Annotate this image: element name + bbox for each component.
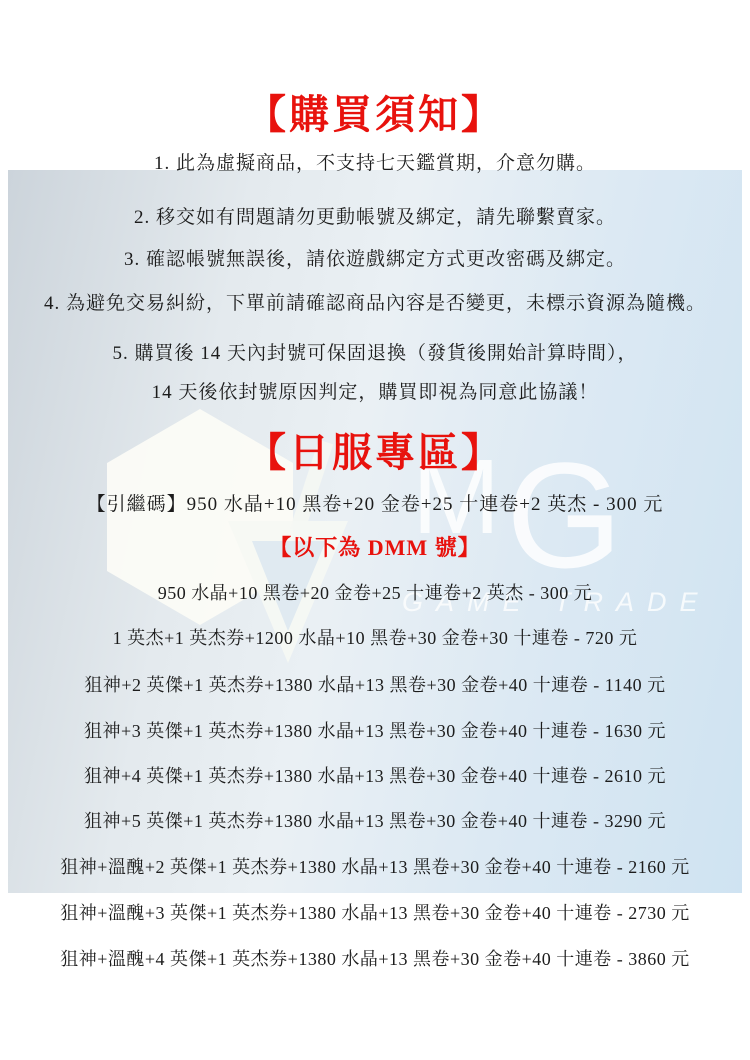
notice-item-1: 1. 此為虛擬商品，不支持七天鑑賞期，介意勿購。 <box>0 148 750 175</box>
product-line-7: 狙神+溫醜+2 英傑+1 英杰券+1380 水晶+13 黑卷+30 金卷+40 … <box>0 853 750 879</box>
notice-title: 【購買須知】 <box>0 83 750 140</box>
section-title: 【日服專區】 <box>0 421 750 478</box>
notice-item-5: 5. 購買後 14 天內封號可保固退換（發貨後開始計算時間）， <box>0 338 750 365</box>
notice-item-5-continued: 14 天後依封號原因判定，購買即視為同意此協議！ <box>0 377 750 404</box>
product-line-2: 1 英杰+1 英杰券+1200 水晶+10 黑卷+30 金卷+30 十連卷 - … <box>0 624 750 650</box>
product-line-1: 950 水晶+10 黑卷+20 金卷+25 十連卷+2 英杰 - 300 元 <box>0 579 750 605</box>
notice-item-3: 3. 確認帳號無誤後，請依遊戲綁定方式更改密碼及綁定。 <box>0 244 750 271</box>
product-line-5: 狙神+4 英傑+1 英杰券+1380 水晶+13 黑卷+30 金卷+40 十連卷… <box>0 762 750 788</box>
product-line-6: 狙神+5 英傑+1 英杰券+1380 水晶+13 黑卷+30 金卷+40 十連卷… <box>0 807 750 833</box>
product-line-3: 狙神+2 英傑+1 英杰券+1380 水晶+13 黑卷+30 金卷+40 十連卷… <box>0 671 750 697</box>
product-line-4: 狙神+3 英傑+1 英杰券+1380 水晶+13 黑卷+30 金卷+40 十連卷… <box>0 717 750 743</box>
notice-item-2: 2. 移交如有問題請勿更動帳號及綁定，請先聯繫賣家。 <box>0 202 750 229</box>
product-line-9: 狙神+溫醜+4 英傑+1 英杰券+1380 水晶+13 黑卷+30 金卷+40 … <box>0 945 750 971</box>
product-line-8: 狙神+溫醜+3 英傑+1 英杰券+1380 水晶+13 黑卷+30 金卷+40 … <box>0 899 750 925</box>
notice-item-4: 4. 為避免交易糾紛，下單前請確認商品內容是否變更，未標示資源為隨機。 <box>0 288 750 315</box>
transfer-code-offer: 【引繼碼】950 水晶+10 黑卷+20 金卷+25 十連卷+2 英杰 - 30… <box>0 489 750 516</box>
dmm-account-note: 【以下為 DMM 號】 <box>0 531 750 562</box>
